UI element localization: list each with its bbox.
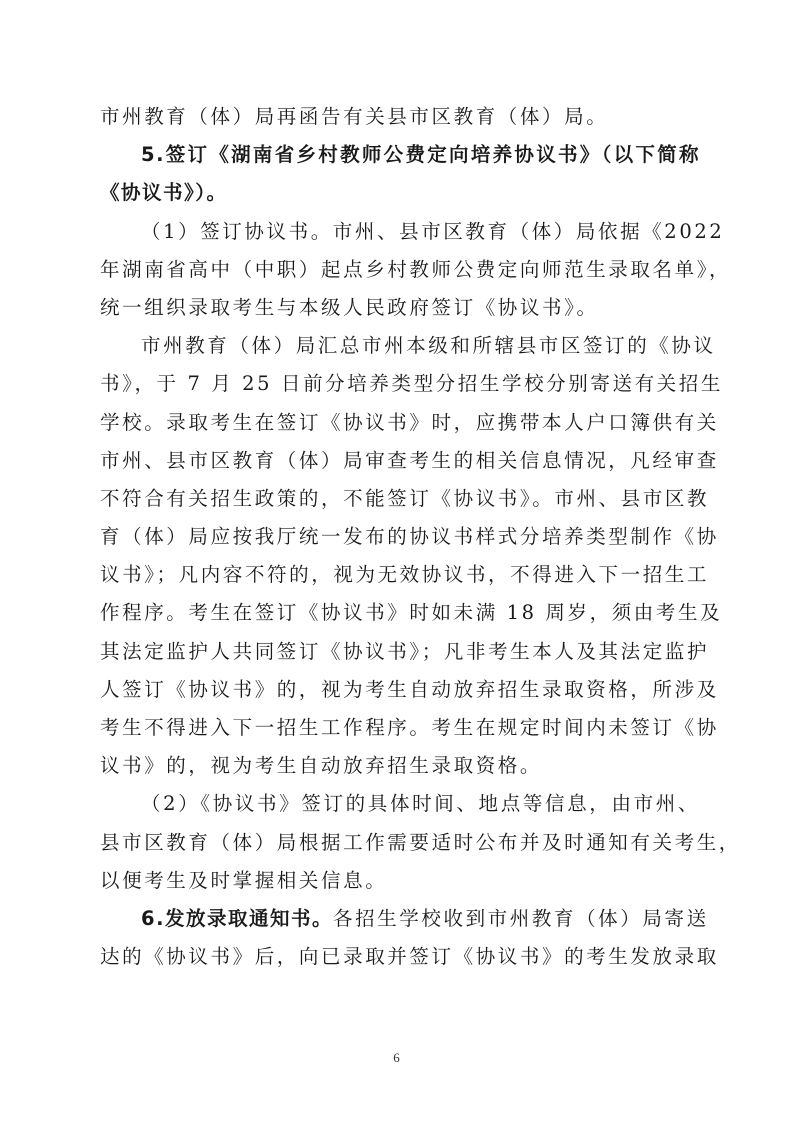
paragraph-text: 议书》的，视为考生自动放弃招生录取资格。 bbox=[100, 754, 542, 777]
page-number: 6 bbox=[0, 1050, 793, 1066]
paragraph-text: 学校。录取考生在签订《协议书》时，应携带本人户口簿供有关 bbox=[100, 411, 719, 434]
section-heading: 《协议书》）。 bbox=[100, 181, 228, 204]
paragraph-text: 考生不得进入下一招生工作程序。考生在规定时间内未签订《协 bbox=[100, 716, 719, 739]
text-line: 人签订《协议书》的，视为考生自动放弃招生录取资格，所涉及 bbox=[100, 671, 700, 709]
text-line: 考生不得进入下一招生工作程序。考生在规定时间内未签订《协 bbox=[100, 709, 700, 747]
paragraph-text: 县市区教育（体）局根据工作需要适时公布并及时通知有关考生， bbox=[100, 831, 741, 854]
paragraph-text: 不符合有关招生政策的，不能签订《协议书》。市州、县市区教 bbox=[100, 487, 709, 510]
paragraph-text: （2）《协议书》签订的具体时间、地点等信息，由市州、 bbox=[141, 792, 700, 815]
text-line: 年湖南省高中（中职）起点乡村教师公费定向师范生录取名单》， bbox=[100, 251, 700, 289]
text-line: 以便考生及时掌握相关信息。 bbox=[100, 862, 700, 900]
paragraph-text: 作程序。考生在签订《协议书》时如未满 18 周岁，须由考生及 bbox=[100, 601, 722, 624]
text-line: 《协议书》）。 bbox=[100, 174, 700, 212]
paragraph-text: 年湖南省高中（中职）起点乡村教师公费定向师范生录取名单》， bbox=[100, 258, 731, 281]
text-line: 市州教育（体）局汇总市州本级和所辖县市区签订的《协议 bbox=[100, 327, 700, 365]
paragraph-text: 达的《协议书》后，向已录取并签订《协议书》的考生发放录取 bbox=[100, 945, 719, 968]
paragraph-text: 书》，于 7 月 25 日前分培养类型分招生学校分别寄送有关招生 bbox=[100, 372, 723, 395]
text-line: （2）《协议书》签订的具体时间、地点等信息，由市州、 bbox=[100, 785, 700, 823]
text-line: 育（体）局应按我厅统一发布的协议书样式分培养类型制作《协 bbox=[100, 518, 700, 556]
paragraph-text: 各招生学校收到市州教育（体）局寄送 bbox=[333, 907, 709, 930]
text-line: 5.签订《湖南省乡村教师公费定向培养协议书》（以下简称 bbox=[100, 136, 700, 174]
paragraph-text: 市州、县市区教育（体）局审查考生的相关信息情况，凡经审查 bbox=[100, 449, 719, 472]
paragraph-text: 人签订《协议书》的，视为考生自动放弃招生录取资格，所涉及 bbox=[100, 678, 719, 701]
paragraph-text: 市州教育（体）局汇总市州本级和所辖县市区签订的《协议 bbox=[141, 334, 716, 357]
text-line: 达的《协议书》后，向已录取并签订《协议书》的考生发放录取 bbox=[100, 938, 700, 976]
text-line: （1）签订协议书。市州、县市区教育（体）局依据《2022 bbox=[100, 213, 700, 251]
section-heading: 5.签订《湖南省乡村教师公费定向培养协议书》（以下简称 bbox=[141, 143, 700, 166]
text-line: 统一组织录取考生与本级人民政府签订《协议书》。 bbox=[100, 289, 700, 327]
text-line: 议书》；凡内容不符的，视为无效协议书，不得进入下一招生工 bbox=[100, 556, 700, 594]
text-line: 不符合有关招生政策的，不能签订《协议书》。市州、县市区教 bbox=[100, 480, 700, 518]
document-body: 市州教育（体）局再函告有关县市区教育（体）局。5.签订《湖南省乡村教师公费定向培… bbox=[100, 98, 700, 976]
paragraph-text: 市州教育（体）局再函告有关县市区教育（体）局。 bbox=[100, 105, 608, 128]
paragraph-text: 以便考生及时掌握相关信息。 bbox=[100, 869, 387, 892]
text-line: 作程序。考生在签订《协议书》时如未满 18 周岁，须由考生及 bbox=[100, 594, 700, 632]
text-line: 其法定监护人共同签订《协议书》；凡非考生本人及其法定监护 bbox=[100, 633, 700, 671]
paragraph-text: （1）签订协议书。市州、县市区教育（体）局依据《2022 bbox=[141, 220, 724, 243]
text-line: 书》，于 7 月 25 日前分培养类型分招生学校分别寄送有关招生 bbox=[100, 365, 700, 403]
section-heading: 6.发放录取通知书。 bbox=[141, 907, 333, 930]
paragraph-text: 统一组织录取考生与本级人民政府签订《协议书》。 bbox=[100, 296, 599, 319]
text-line: 县市区教育（体）局根据工作需要适时公布并及时通知有关考生， bbox=[100, 824, 700, 862]
text-line: 市州教育（体）局再函告有关县市区教育（体）局。 bbox=[100, 98, 700, 136]
paragraph-text: 议书》；凡内容不符的，视为无效协议书，不得进入下一招生工 bbox=[100, 563, 709, 586]
text-line: 市州、县市区教育（体）局审查考生的相关信息情况，凡经审查 bbox=[100, 442, 700, 480]
text-line: 6.发放录取通知书。各招生学校收到市州教育（体）局寄送 bbox=[100, 900, 700, 938]
text-line: 议书》的，视为考生自动放弃招生录取资格。 bbox=[100, 747, 700, 785]
paragraph-text: 育（体）局应按我厅统一发布的协议书样式分培养类型制作《协 bbox=[100, 525, 719, 548]
text-line: 学校。录取考生在签订《协议书》时，应携带本人户口簿供有关 bbox=[100, 404, 700, 442]
paragraph-text: 其法定监护人共同签订《协议书》；凡非考生本人及其法定监护 bbox=[100, 640, 709, 663]
